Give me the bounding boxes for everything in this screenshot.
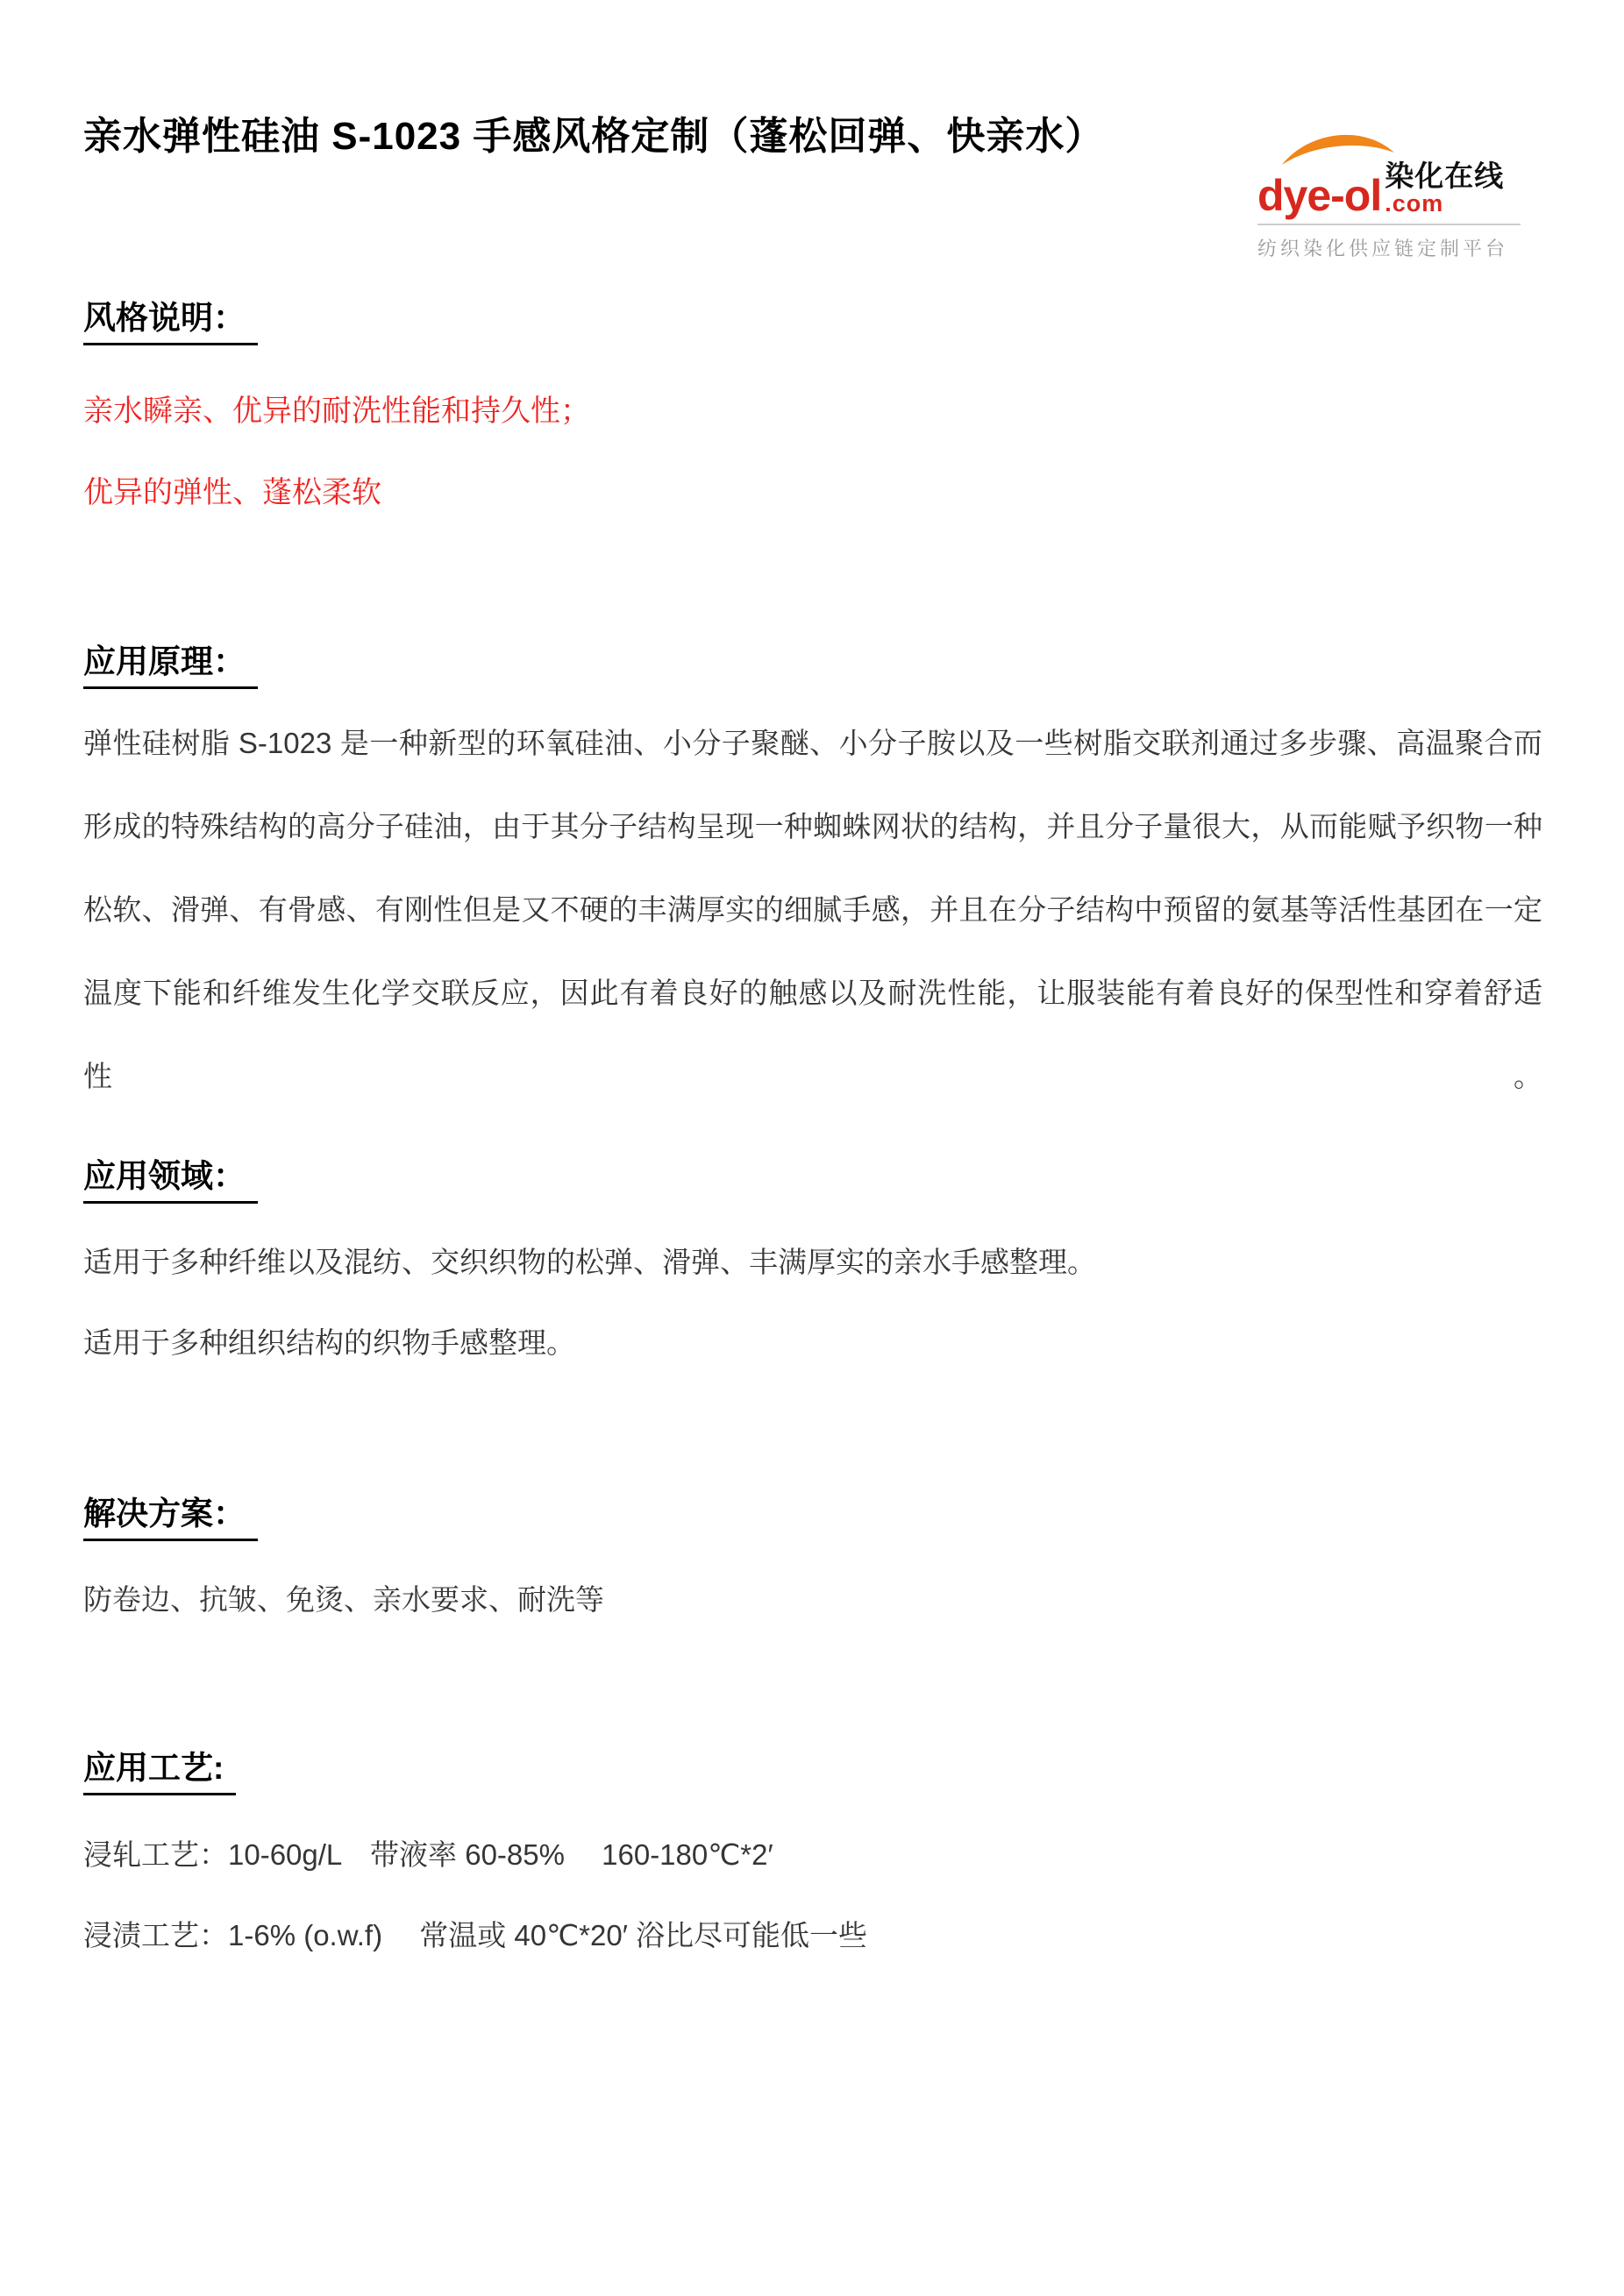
brand-name: dye-ol <box>1257 176 1381 216</box>
brand-name-cn: 染化在线 <box>1385 161 1504 192</box>
logo-divider <box>1257 224 1521 225</box>
brand-logo: dye-ol 染化在线 .com 纺织染化供应链定制平台 <box>1257 128 1521 261</box>
page-title: 亲水弹性硅油 S-1023 手感风格定制（蓬松回弹、快亲水） <box>83 112 1250 160</box>
style-line: 优异的弹性、蓬松柔软 <box>83 468 381 511</box>
section-fields-heading: 应用领域： <box>83 1149 258 1204</box>
brand-logo-row: dye-ol 染化在线 .com <box>1257 128 1521 216</box>
fields-line: 适用于多种组织结构的织物手感整理。 <box>83 1320 575 1361</box>
section-solutions-heading: 解决方案： <box>83 1487 258 1541</box>
fields-line: 适用于多种纤维以及混纺、交织织物的松弹、滑弹、丰满厚实的亲水手感整理。 <box>83 1240 1096 1281</box>
process-line: 浸渍工艺：1-6% (o.w.f) 常温或 40℃*20′ 浴比尽可能低一些 <box>83 1913 867 1954</box>
solutions-line: 防卷边、抗皱、免烫、亲水要求、耐洗等 <box>83 1577 604 1618</box>
principle-paragraph: 弹性硅树脂 S-1023 是一种新型的环氧硅油、小分子聚醚、小分子胺以及一些树脂… <box>83 701 1542 1118</box>
brand-tagline: 纺织染化供应链定制平台 <box>1257 234 1521 261</box>
section-process-heading: 应用工艺: <box>83 1741 236 1795</box>
section-principle-heading: 应用原理： <box>83 635 258 689</box>
document-page: 亲水弹性硅油 S-1023 手感风格定制（蓬松回弹、快亲水） dye-ol 染化… <box>0 0 1624 2296</box>
section-style-heading: 风格说明： <box>83 291 258 345</box>
process-line: 浸轧工艺：10-60g/L 带液率 60-85% 160-180℃*2′ <box>83 1832 773 1873</box>
style-line: 亲水瞬亲、优异的耐洗性能和持久性； <box>83 387 590 430</box>
brand-swoosh-icon <box>1280 130 1396 167</box>
brand-domain: .com <box>1385 192 1504 216</box>
brand-right-block: 染化在线 .com <box>1385 161 1504 216</box>
